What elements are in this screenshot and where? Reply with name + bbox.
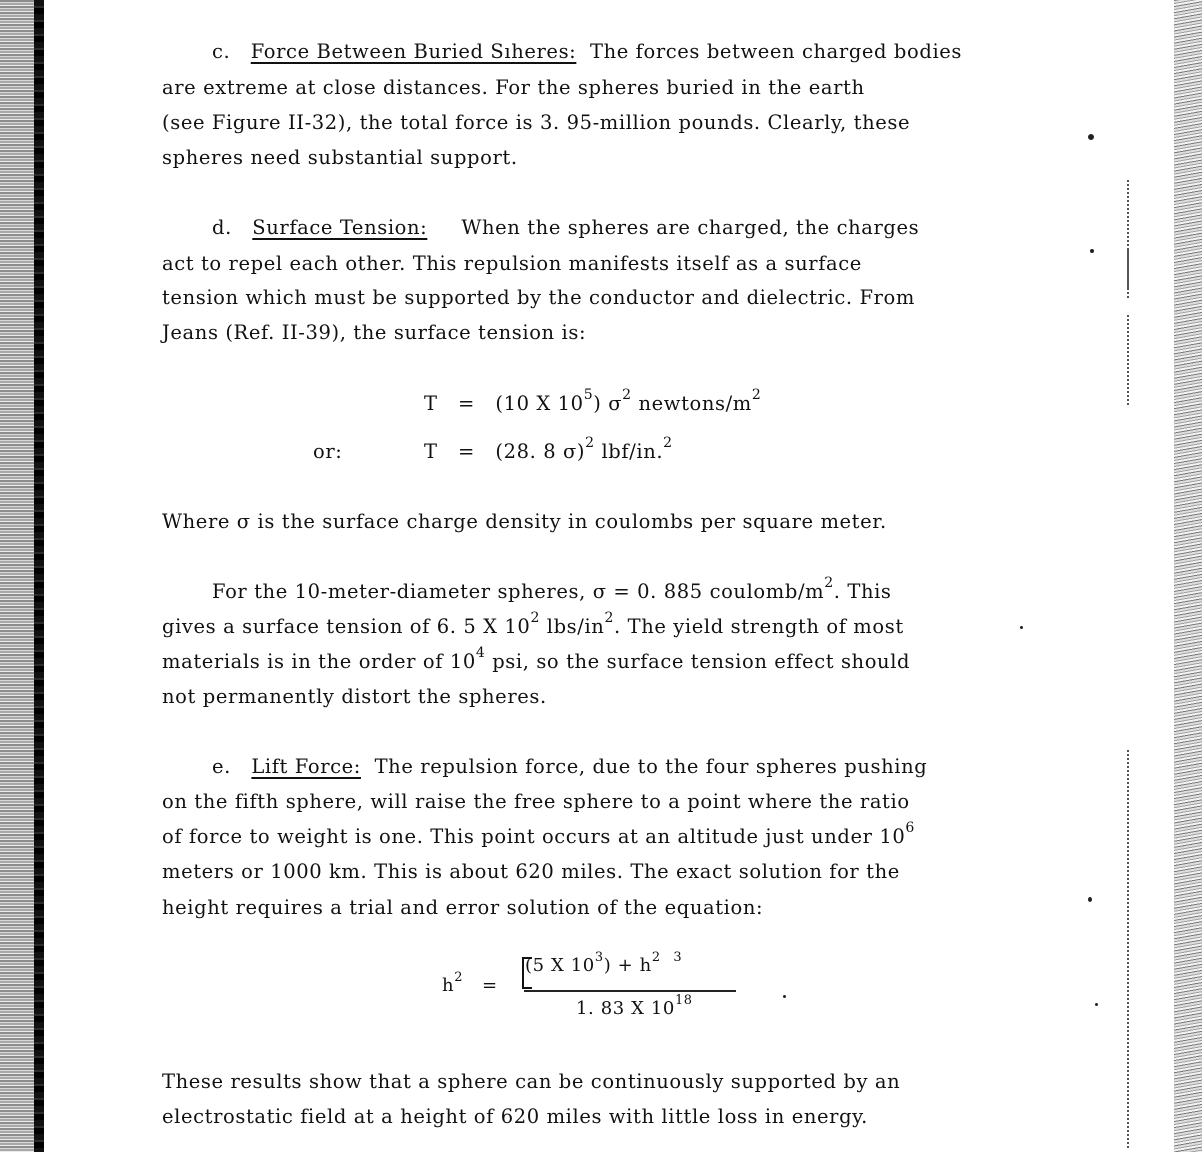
section-d-first-line: d. Surface Tension: When the spheres are… — [212, 216, 919, 239]
text-run: For the 10-meter-diameter spheres, σ = 0… — [212, 580, 824, 603]
paragraph-line: not permanently distort the spheres. — [162, 685, 547, 708]
equation-surface-tension-imperial: T = (28. 8 σ)2 lbf/in.2 — [424, 440, 673, 463]
eq-lhs: T — [424, 440, 438, 463]
section-e-heading: Lift Force: — [251, 755, 361, 778]
exponent: 2 — [604, 610, 614, 626]
eq-term: ) σ — [593, 392, 622, 415]
section-e-marker: e. — [212, 755, 231, 778]
paragraph-line: These results show that a sphere can be … — [162, 1070, 900, 1093]
eq-term: (28. 8 σ) — [495, 440, 585, 463]
eq-exponent: 2 — [454, 970, 463, 985]
paragraph-line: meters or 1000 km. This is about 620 mil… — [162, 860, 900, 883]
eq-exponent: 2 — [752, 387, 762, 403]
section-d-heading: Surface Tension: — [252, 216, 427, 239]
text-run: . This — [834, 580, 892, 603]
paragraph-line: act to repel each other. This repulsion … — [162, 252, 862, 275]
where-sigma-definition: Where σ is the surface charge density in… — [162, 510, 887, 533]
paragraph-line: When the spheres are charged, the charge… — [461, 216, 919, 239]
eq-exponent: 2 — [585, 435, 595, 451]
eq-exponent: 2 — [622, 387, 632, 403]
paragraph-line: (see Figure II-32), the total force is 3… — [162, 111, 910, 134]
eq-exponent: 2 — [652, 950, 661, 965]
paragraph-line: For the 10-meter-diameter spheres, σ = 0… — [212, 580, 892, 603]
eq-sign: = — [458, 392, 475, 415]
eq-lhs: h — [442, 975, 454, 996]
section-c-heading: Force Between Buried Sıheres: — [251, 40, 577, 63]
equation-height-lhs: h2 = — [442, 975, 498, 996]
section-d-marker: d. — [212, 216, 232, 239]
paragraph-line: The forces between charged bodies — [590, 40, 962, 63]
paragraph-line: The repulsion force, due to the four sph… — [375, 755, 928, 778]
paragraph-line: electrostatic field at a height of 620 m… — [162, 1105, 868, 1128]
eq-exponent: 2 — [663, 435, 673, 451]
paragraph-line: gives a surface tension of 6. 5 X 102 lb… — [162, 615, 904, 638]
equation-prefix-or: or: — [313, 440, 342, 463]
eq-sign: = — [482, 975, 498, 996]
paragraph-line: on the fifth sphere, will raise the free… — [162, 790, 910, 813]
text-run: materials is in the order of 10 — [162, 650, 476, 673]
eq-term: (5 X 10 — [525, 955, 595, 976]
section-e-first-line: e. Lift Force: The repulsion force, due … — [212, 755, 927, 778]
text-run: . The yield strength of most — [614, 615, 904, 638]
equation-numerator: (5 X 103) + h2 3 — [525, 955, 682, 976]
section-c-marker: c. — [212, 40, 230, 63]
exponent: 4 — [476, 645, 486, 661]
paragraph-line: tension which must be supported by the c… — [162, 286, 915, 309]
eq-term: (10 X 10 — [495, 392, 583, 415]
paragraph-line: height requires a trial and error soluti… — [162, 896, 763, 919]
eq-exponent: 18 — [675, 993, 693, 1008]
paragraph-line: materials is in the order of 104 psi, so… — [162, 650, 910, 673]
eq-exponent: 5 — [584, 387, 594, 403]
text-run: gives a surface tension of 6. 5 X 10 — [162, 615, 530, 638]
exponent: 6 — [905, 820, 915, 836]
exponent: 2 — [530, 610, 540, 626]
equation-denominator: 1. 83 X 1018 — [576, 998, 693, 1019]
eq-exponent: 3 — [673, 950, 682, 965]
eq-term: 1. 83 X 10 — [576, 998, 675, 1019]
eq-exponent: 3 — [595, 950, 604, 965]
exponent: 2 — [824, 575, 834, 591]
text-run: psi, so the surface tension effect shoul… — [485, 650, 910, 673]
paragraph-line: of force to weight is one. This point oc… — [162, 825, 915, 848]
eq-unit: newtons/m — [632, 392, 752, 415]
equation-surface-tension-si: T = (10 X 105) σ2 newtons/m2 — [424, 392, 761, 415]
eq-term: ) + h — [604, 955, 652, 976]
paragraph-line: spheres need substantial support. — [162, 146, 518, 169]
paragraph-line: are extreme at close distances. For the … — [162, 76, 865, 99]
paragraph-line: Jeans (Ref. II-39), the surface tension … — [162, 321, 586, 344]
document-page: c. Force Between Buried Sıheres: The for… — [0, 0, 1202, 1152]
text-run: of force to weight is one. This point oc… — [162, 825, 905, 848]
eq-lhs: T — [424, 392, 438, 415]
section-c-first-line: c. Force Between Buried Sıheres: The for… — [212, 40, 962, 63]
fraction-bar — [524, 990, 736, 992]
eq-unit: lbf/in. — [595, 440, 664, 463]
eq-sign: = — [458, 440, 475, 463]
text-run: lbs/in — [540, 615, 605, 638]
